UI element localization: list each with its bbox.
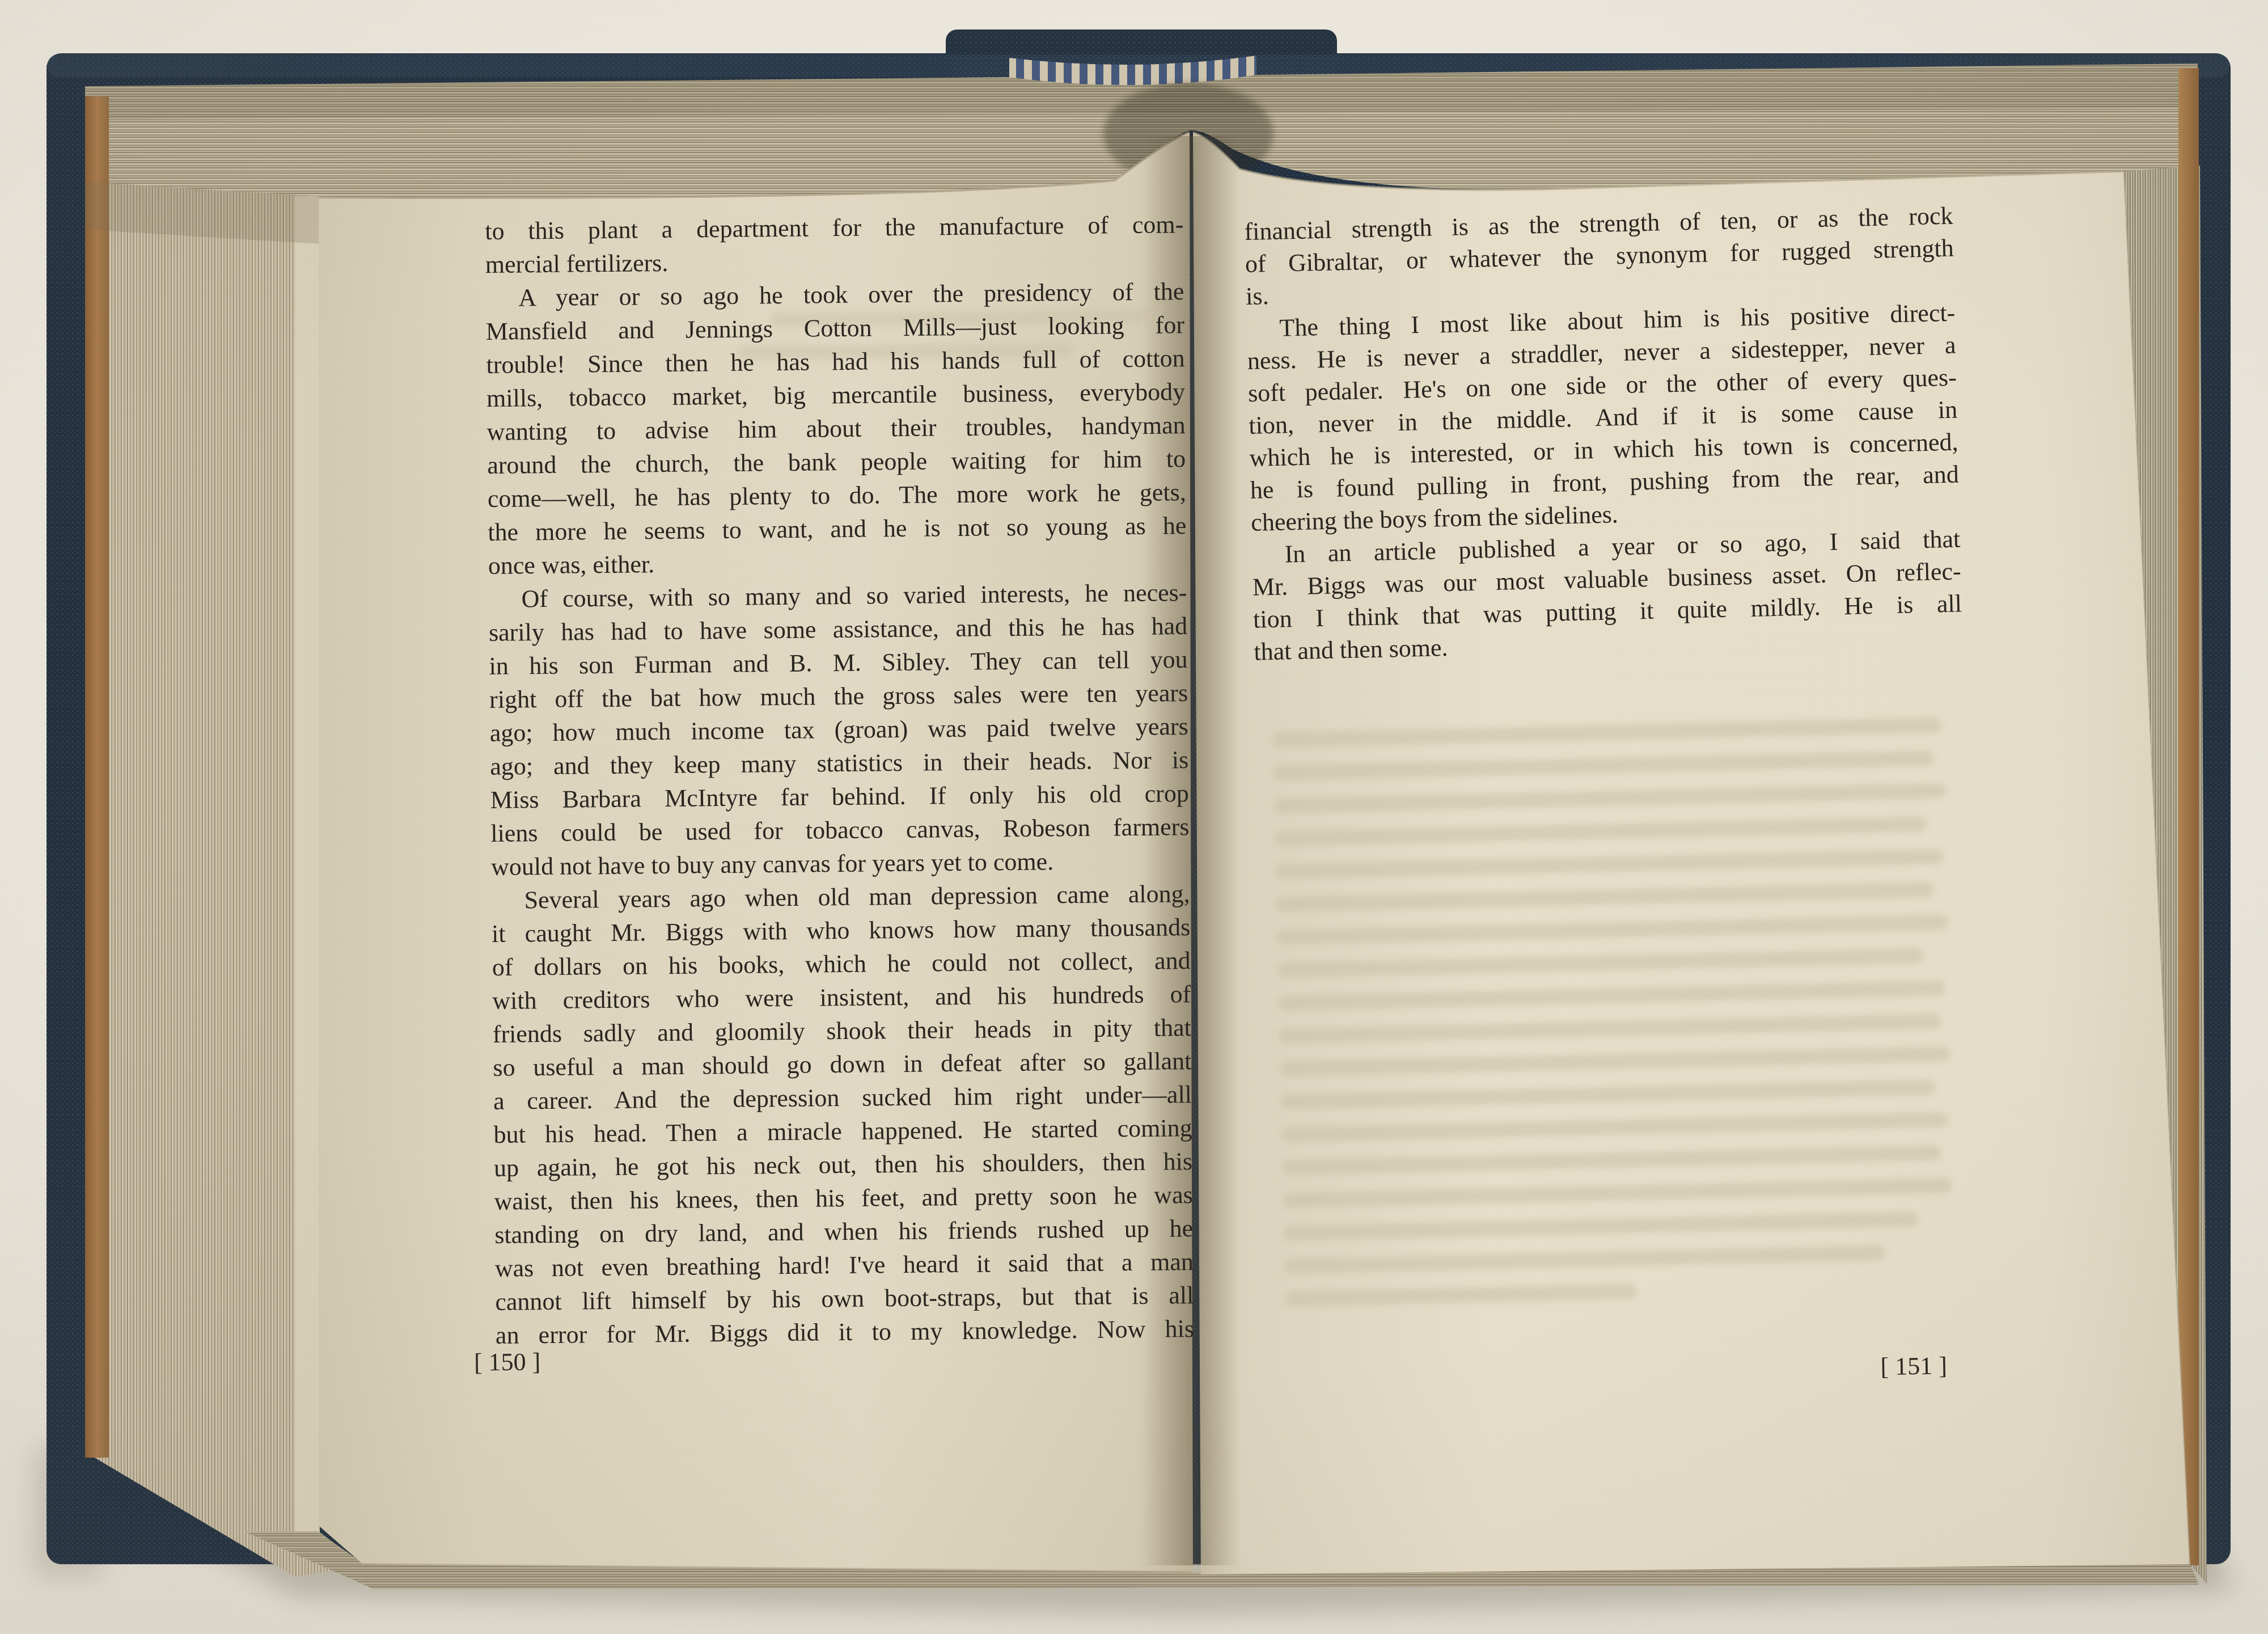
left-page-number: [ 150 ] <box>474 1345 541 1379</box>
paragraph: financial strength is as the strength of… <box>1244 200 1955 313</box>
text-line: to this plant a department for the manuf… <box>485 208 1184 248</box>
left-page-text: to this plant a department for the manuf… <box>485 208 1194 1352</box>
right-spine-lining <box>2178 68 2199 1565</box>
text-line: an error for Mr. Biggs did it to my know… <box>496 1312 1195 1352</box>
paragraph: The thing I most like about him is his p… <box>1246 297 1960 539</box>
right-page-text: financial strength is as the strength of… <box>1244 200 1963 668</box>
left-spine-lining <box>85 96 109 1458</box>
book-scan-scene: to this plant a department for the manuf… <box>0 0 2268 1634</box>
text-line: the more he seems to want, and he is not… <box>488 509 1187 549</box>
paragraph: to this plant a department for the manuf… <box>485 208 1184 281</box>
paragraph: In an article published a year or so ago… <box>1251 522 1963 668</box>
paragraph: Several years ago when old man depressio… <box>491 877 1194 1352</box>
text-line: liens could be used for tobacco canvas, … <box>490 810 1190 850</box>
paragraph: A year or so ago he took over the presid… <box>485 275 1187 582</box>
paragraph: Of course, with so many and so varied in… <box>488 576 1190 884</box>
